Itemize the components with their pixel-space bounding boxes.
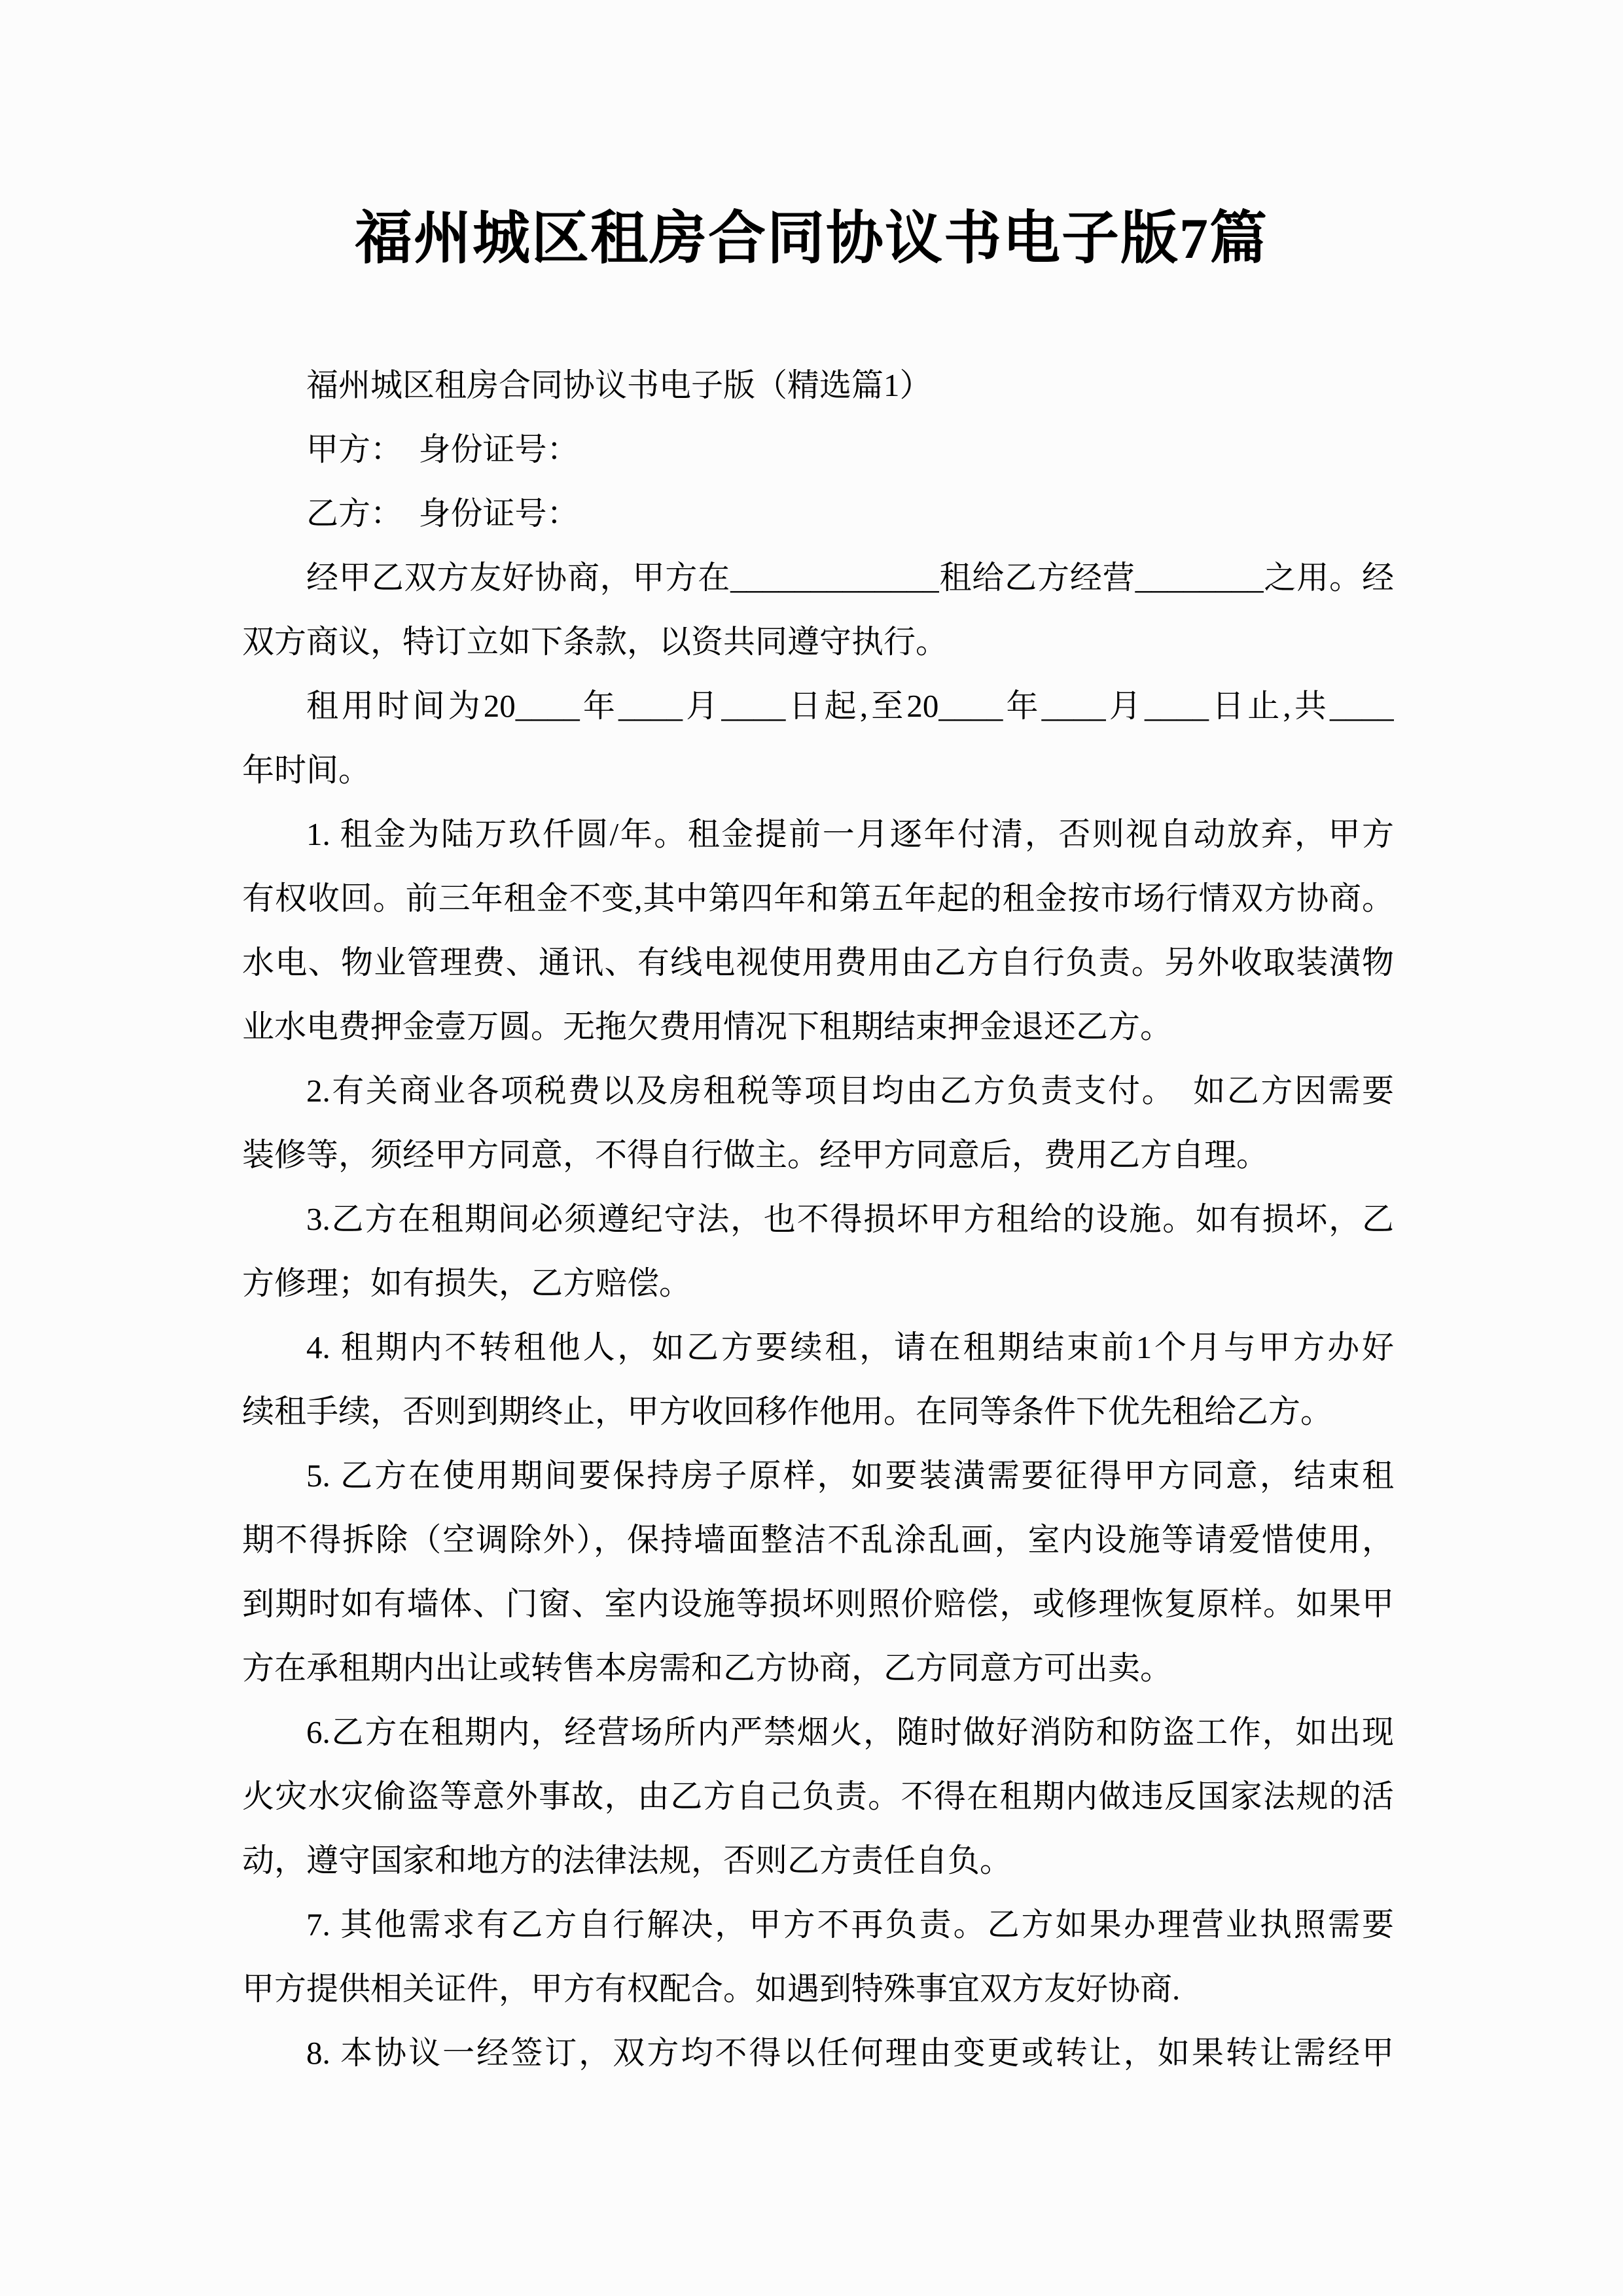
text-line-14: 3.乙方在租期间必须遵纪守法，也不得损坏甲方租给的设施。如有损坏，乙 bbox=[242, 1187, 1394, 1251]
text-line-25: 7. 其他需求有乙方自行解决，甲方不再负责。乙方如果办理营业执照需要 bbox=[242, 1893, 1394, 1957]
text-line-18: 5. 乙方在使用期间要保持房子原样，如要装潢需要征得甲方同意，结束租 bbox=[242, 1444, 1394, 1508]
text-line-11: 业水电费押金壹万圆。无拖欠费用情况下租期结束押金退还乙方。 bbox=[242, 995, 1394, 1059]
text-line-27: 8. 本协议一经签订，双方均不得以任何理由变更或转让，如果转让需经甲 bbox=[242, 2021, 1394, 2085]
text-line-5: 双方商议，特订立如下条款，以资共同遵守执行。 bbox=[242, 610, 1394, 674]
text-line-3: 乙方： 身份证号： bbox=[242, 482, 1394, 546]
text-line-19: 期不得拆除（空调除外），保持墙面整洁不乱涂乱画，室内设施等请爱惜使用， bbox=[242, 1508, 1394, 1572]
text-line-20: 到期时如有墙体、门窗、室内设施等损坏则照价赔偿，或修理恢复原样。如果甲 bbox=[242, 1572, 1394, 1636]
text-line-21: 方在承租期内出让或转售本房需和乙方协商，乙方同意方可出卖。 bbox=[242, 1636, 1394, 1700]
text-line-10: 水电、物业管理费、通讯、有线电视使用费用由乙方自行负责。另外收取装潢物 bbox=[242, 931, 1394, 995]
text-line-1: 福州城区租房合同协议书电子版（精选篇1） bbox=[242, 353, 1394, 418]
text-line-7: 年时间。 bbox=[242, 738, 1394, 802]
text-line-13: 装修等，须经甲方同意，不得自行做主。经甲方同意后，费用乙方自理。 bbox=[242, 1123, 1394, 1187]
text-line-9: 有权收回。前三年租金不变,其中第四年和第五年起的租金按市场行情双方协商。 bbox=[242, 867, 1394, 931]
text-line-22: 6.乙方在租期内，经营场所内严禁烟火，随时做好消防和防盗工作，如出现 bbox=[242, 1700, 1394, 1765]
text-line-6: 租用时间为20____年____月____日起,至20____年____月___… bbox=[242, 674, 1394, 738]
document-body: 福州城区租房合同协议书电子版（精选篇1）甲方： 身份证号：乙方： 身份证号：经甲… bbox=[242, 353, 1394, 2085]
document-page: 福州城区租房合同协议书电子版7篇 福州城区租房合同协议书电子版（精选篇1）甲方：… bbox=[0, 0, 1623, 2296]
text-line-26: 甲方提供相关证件，甲方有权配合。如遇到特殊事宜双方友好协商. bbox=[242, 1957, 1394, 2021]
text-line-8: 1. 租金为陆万玖仟圆/年。租金提前一月逐年付清，否则视自动放弃，甲方 bbox=[242, 802, 1394, 867]
text-line-24: 动，遵守国家和地方的法律法规，否则乙方责任自负。 bbox=[242, 1829, 1394, 1893]
text-line-4: 经甲乙双方友好协商，甲方在_____________租给乙方经营________… bbox=[242, 546, 1394, 610]
text-line-17: 续租手续，否则到期终止，甲方收回移作他用。在同等条件下优先租给乙方。 bbox=[242, 1380, 1394, 1444]
text-line-15: 方修理；如有损失，乙方赔偿。 bbox=[242, 1251, 1394, 1316]
text-line-12: 2.有关商业各项税费以及房租税等项目均由乙方负责支付。 如乙方因需要 bbox=[242, 1059, 1394, 1123]
text-line-23: 火灾水灾偷盗等意外事故，由乙方自己负责。不得在租期内做违反国家法规的活 bbox=[242, 1765, 1394, 1829]
text-line-2: 甲方： 身份证号： bbox=[242, 418, 1394, 482]
document-title: 福州城区租房合同协议书电子版7篇 bbox=[0, 200, 1623, 279]
text-line-16: 4. 租期内不转租他人，如乙方要续租，请在租期结束前1个月与甲方办好 bbox=[242, 1316, 1394, 1380]
